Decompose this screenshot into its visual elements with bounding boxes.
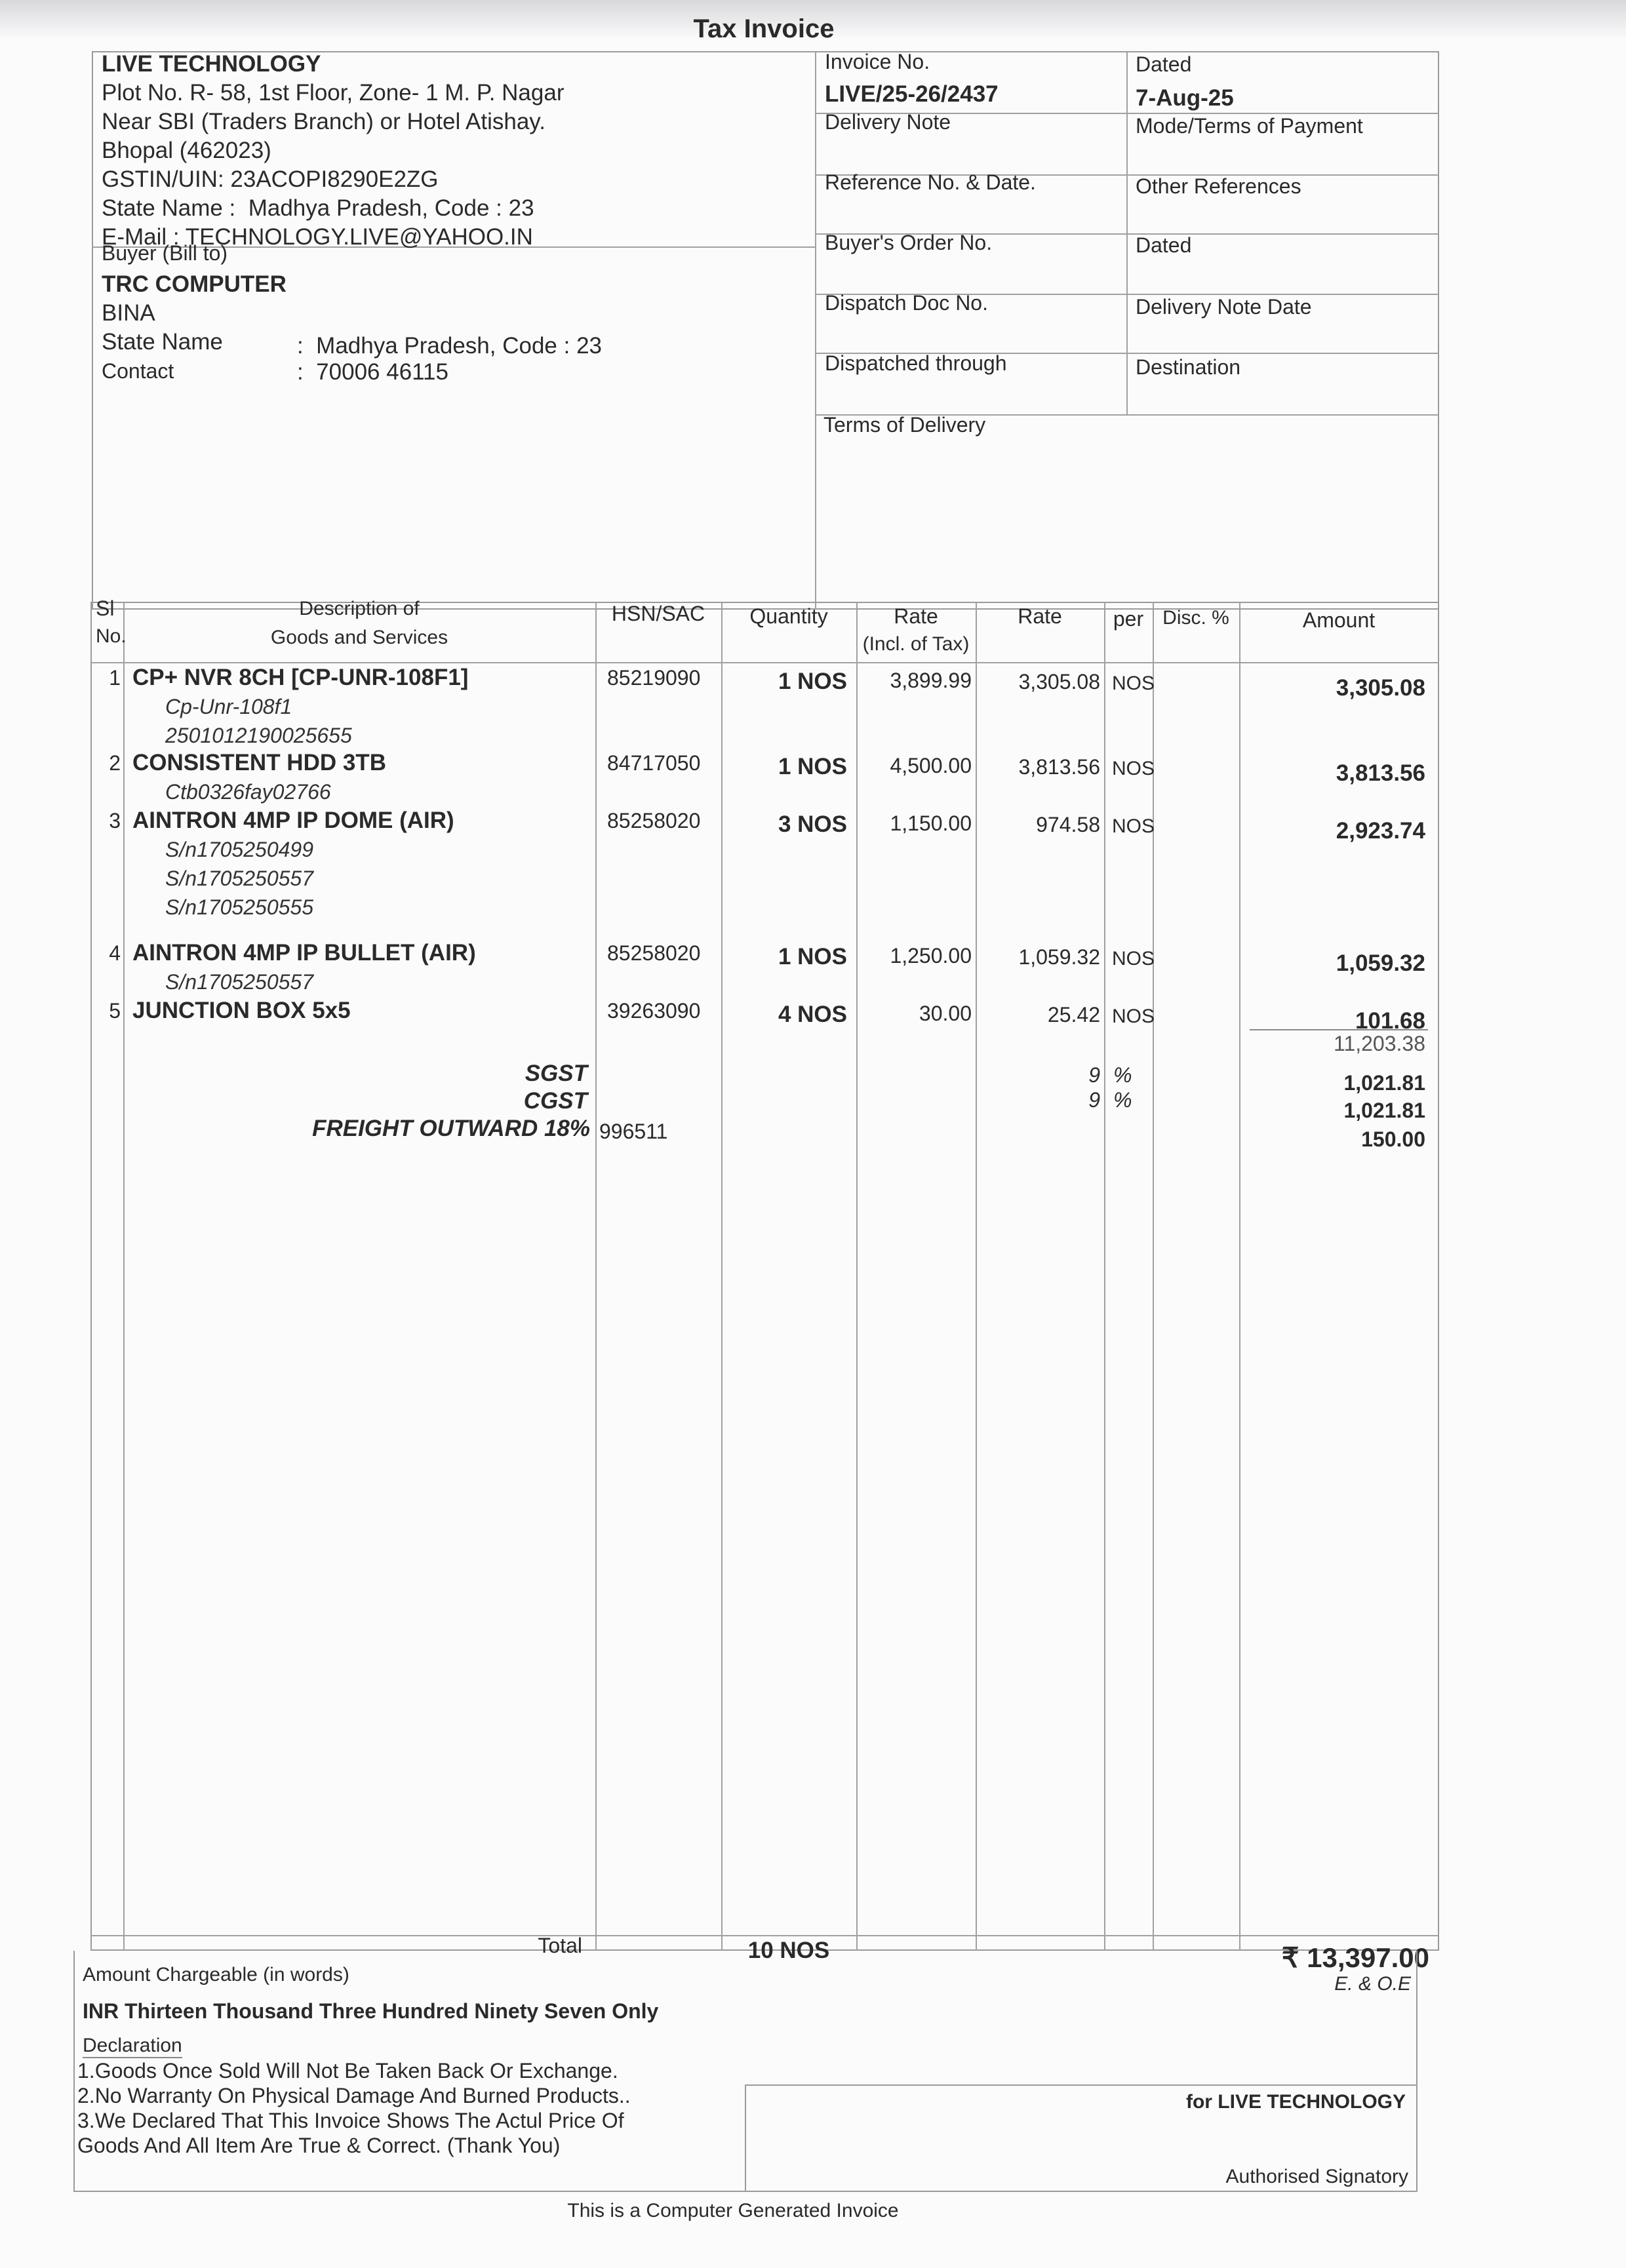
item-sl: 5	[92, 999, 121, 1023]
freight-amount: 150.00	[1240, 1127, 1425, 1152]
item-amount: 2,923.74	[1240, 818, 1425, 844]
buyer-name: TRC COMPUTER	[102, 270, 810, 299]
buyer-contact-label: Contact	[102, 357, 174, 385]
authorised-signatory: Authorised Signatory	[852, 2166, 1408, 2188]
terms-of-delivery-label: Terms of Delivery	[823, 413, 985, 437]
th-rate: Rate	[977, 604, 1103, 629]
declaration-3: 3.We Declared That This Invoice Shows Th…	[77, 2108, 631, 2133]
th-amount: Amount	[1240, 608, 1437, 633]
seller-name: LIVE TECHNOLOGY	[102, 50, 810, 79]
col-line	[1104, 602, 1105, 1951]
buyer-contact-value: : 70006 46115	[297, 358, 448, 387]
item-sl: 4	[92, 941, 121, 966]
item-sl: 1	[92, 666, 121, 690]
document-title: Tax Invoice	[0, 14, 1528, 44]
item-qty: 1 NOS	[723, 944, 847, 970]
destination-label: Destination	[1136, 355, 1240, 380]
item-rate-incl: 1,250.00	[858, 944, 972, 968]
col-line	[595, 602, 597, 1951]
item-rate-incl: 3,899.99	[858, 669, 972, 693]
item-name: AINTRON 4MP IP BULLET (AIR)	[132, 940, 476, 966]
item-detail: Cp-Unr-108f1	[165, 695, 292, 719]
item-rate: 1,059.32	[977, 945, 1100, 969]
item-sl: 2	[92, 751, 121, 775]
tax-cgst-rate: 9	[1049, 1088, 1100, 1112]
tax-sgst-name: SGST	[125, 1061, 587, 1087]
invoice-no: LIVE/25-26/2437	[825, 81, 999, 108]
dispatch-doc-label: Dispatch Doc No.	[825, 291, 988, 315]
payment-terms-label: Mode/Terms of Payment	[1136, 114, 1363, 138]
seller-state: State Name : Madhya Pradesh, Code : 23	[102, 194, 810, 223]
buyer-label: Buyer (Bill to)	[102, 239, 810, 267]
tax-sgst-rate: 9	[1049, 1063, 1100, 1087]
item-sl: 3	[92, 809, 121, 833]
item-amount: 1,059.32	[1240, 950, 1425, 977]
delivery-note-date-label: Delivery Note Date	[1136, 295, 1312, 319]
other-references-label: Other References	[1136, 174, 1301, 199]
tax-sgst-unit: %	[1113, 1063, 1132, 1087]
th-sl: Sl	[96, 596, 114, 621]
item-hsn: 85258020	[607, 941, 700, 966]
item-rate: 974.58	[977, 813, 1100, 837]
th-desc-2: Goods and Services	[125, 627, 594, 649]
item-detail: S/n1705250557	[165, 970, 313, 994]
item-per: NOS	[1112, 815, 1155, 838]
item-amount: 3,305.08	[1240, 675, 1425, 701]
th-disc: Disc. %	[1154, 607, 1238, 629]
subtotal-line	[1250, 1029, 1428, 1030]
seller-block: LIVE TECHNOLOGY Plot No. R- 58, 1st Floo…	[102, 50, 810, 252]
reference-label: Reference No. & Date.	[825, 170, 1036, 195]
buyers-order-label: Buyer's Order No.	[825, 231, 992, 255]
item-hsn: 85219090	[607, 666, 700, 690]
header-divider	[815, 51, 816, 610]
seller-address-1: Plot No. R- 58, 1st Floor, Zone- 1 M. P.…	[102, 79, 810, 108]
th-hsn: HSN/SAC	[597, 602, 720, 626]
delivery-note-label: Delivery Note	[825, 110, 951, 134]
amount-in-words: INR Thirteen Thousand Three Hundred Nine…	[83, 1999, 658, 2024]
item-per: NOS	[1112, 673, 1155, 695]
item-name: CP+ NVR 8CH [CP-UNR-108F1]	[132, 665, 468, 691]
computer-generated-note: This is a Computer Generated Invoice	[0, 2200, 1466, 2222]
th-qty: Quantity	[723, 604, 855, 629]
tax-sgst-amount: 1,021.81	[1240, 1071, 1425, 1095]
item-hsn: 85258020	[607, 809, 700, 833]
th-rate-incl: Rate	[858, 604, 974, 629]
item-per: NOS	[1112, 1006, 1155, 1028]
item-rate-incl: 1,150.00	[858, 811, 972, 836]
buyer-block: Buyer (Bill to) TRC COMPUTER BINA State …	[102, 239, 810, 385]
item-detail: S/n1705250499	[165, 838, 313, 862]
item-detail: Ctb0326fay02766	[165, 780, 331, 804]
tax-cgst-name: CGST	[125, 1088, 587, 1114]
subtotal: 11,203.38	[1240, 1032, 1425, 1056]
declaration-label: Declaration	[83, 2035, 182, 2058]
buyer-state-label: State Name	[102, 328, 223, 357]
seller-address-3: Bhopal (462023)	[102, 136, 810, 165]
col-line	[1239, 602, 1240, 1951]
item-name: JUNCTION BOX 5x5	[132, 998, 351, 1024]
order-dated-label: Dated	[1136, 233, 1191, 258]
th-sl-2: No.	[96, 625, 127, 648]
col-line	[721, 602, 723, 1951]
col-line	[123, 602, 125, 1951]
col-line	[976, 602, 977, 1951]
seller-gstin: GSTIN/UIN: 23ACOPI8290E2ZG	[102, 165, 810, 194]
item-hsn: 84717050	[607, 751, 700, 775]
th-desc: Description of	[125, 598, 594, 620]
invoice-date: 7-Aug-25	[1136, 85, 1234, 111]
item-qty: 1 NOS	[723, 669, 847, 695]
seller-address-2: Near SBI (Traders Branch) or Hotel Atish…	[102, 108, 810, 136]
item-amount: 101.68	[1240, 1008, 1425, 1034]
tax-cgst-unit: %	[1113, 1088, 1132, 1112]
dated-label: Dated	[1136, 52, 1191, 77]
th-per: per	[1105, 607, 1151, 631]
declaration-4: Goods And All Item Are True & Correct. (…	[77, 2133, 631, 2158]
dispatched-through-label: Dispatched through	[825, 351, 1007, 376]
item-qty: 4 NOS	[723, 1002, 847, 1028]
item-name: CONSISTENT HDD 3TB	[132, 750, 386, 776]
table-header-line	[90, 662, 1439, 663]
item-rate-incl: 4,500.00	[858, 754, 972, 778]
item-rate: 3,813.56	[977, 755, 1100, 779]
col-line	[1153, 602, 1154, 1951]
amount-in-words-label: Amount Chargeable (in words)	[83, 1964, 349, 1986]
tax-cgst-amount: 1,021.81	[1240, 1099, 1425, 1123]
item-hsn: 39263090	[607, 999, 700, 1023]
freight-name: FREIGHT OUTWARD 18%	[125, 1116, 590, 1142]
freight-hsn: 996511	[599, 1120, 667, 1144]
item-qty: 3 NOS	[723, 811, 847, 838]
item-amount: 3,813.56	[1240, 760, 1425, 787]
declaration-2: 2.No Warranty On Physical Damage And Bur…	[77, 2083, 631, 2108]
item-detail: S/n1705250555	[165, 895, 313, 920]
item-per: NOS	[1112, 758, 1155, 780]
for-company: for LIVE TECHNOLOGY	[852, 2091, 1406, 2113]
item-qty: 1 NOS	[723, 754, 847, 780]
item-per: NOS	[1112, 948, 1155, 970]
buyer-city: BINA	[102, 299, 810, 328]
item-rate-incl: 30.00	[858, 1002, 972, 1026]
item-rate: 3,305.08	[977, 670, 1100, 694]
item-detail: S/n1705250557	[165, 867, 313, 891]
col-line	[856, 602, 858, 1951]
invoice-no-label: Invoice No.	[825, 50, 930, 74]
declaration-1: 1.Goods Once Sold Will Not Be Taken Back…	[77, 2058, 631, 2083]
th-rate-incl-2: (Incl. of Tax)	[858, 633, 974, 655]
item-rate: 25.42	[977, 1003, 1100, 1027]
item-detail: 2501012190025655	[165, 724, 352, 748]
eoe-label: E. & O.E	[1180, 1973, 1411, 1995]
item-name: AINTRON 4MP IP DOME (AIR)	[132, 808, 454, 834]
declaration-list: 1.Goods Once Sold Will Not Be Taken Back…	[77, 2058, 631, 2158]
